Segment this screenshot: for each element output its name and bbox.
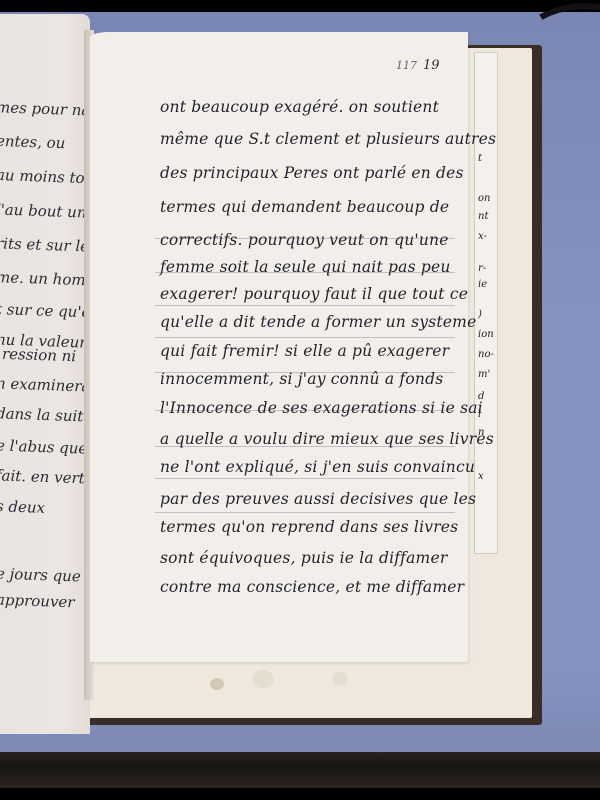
- manuscript-line: termes qui demandent beaucoup de: [160, 198, 449, 216]
- left-line: entes, ou: [0, 132, 66, 152]
- manuscript-line: femme soit la seule qui nait pas peu: [160, 258, 451, 276]
- left-line: ression ni: [2, 345, 77, 366]
- left-line: s deux: [0, 497, 45, 517]
- left-line: fait. en vertu: [0, 466, 95, 487]
- table-edge: [0, 752, 600, 788]
- inserted-slip: t on nt x- r- ie ) ion no- m' d l n x: [474, 52, 498, 554]
- manuscript-line: des principaux Peres ont parlé en des: [160, 164, 464, 182]
- left-line: approuver: [0, 591, 75, 612]
- ink-folio: 19: [423, 58, 440, 73]
- manuscript-line: innocemment, si j'ay connû a fonds: [160, 370, 443, 388]
- left-line: j'au bout un: [0, 200, 87, 221]
- left-line: dans la suite: [0, 404, 93, 425]
- manuscript-line: même que S.t clement et plusieurs autres: [160, 130, 496, 148]
- manuscript-line: termes qu'on reprend dans ses livres: [160, 518, 458, 536]
- manuscript-line: l'Innocence de ses exagerations si ie sa…: [160, 399, 483, 417]
- pencil-folio: 117: [396, 59, 417, 72]
- folio-number: 11719: [396, 58, 440, 73]
- manuscript-line: correctifs. pourquoy veut on qu'une: [160, 231, 449, 249]
- manuscript-line: par des preuves aussi decisives que les: [160, 490, 476, 508]
- left-line: n examinerai: [0, 374, 95, 395]
- left-line: e jours que: [0, 565, 81, 586]
- manuscript-line: ont beaucoup exagéré. on soutient: [160, 98, 439, 116]
- manuscript-line: qu'elle a dit tende a former un systeme: [160, 313, 476, 331]
- manuscript-line: qui fait fremir! si elle a pû exagerer: [160, 342, 449, 360]
- manuscript-line: contre ma conscience, et me diffamer: [160, 578, 464, 596]
- left-line: e l'abus que: [0, 436, 88, 457]
- left-line: rits et sur les: [0, 234, 97, 256]
- manuscript-line: sont équivoques, puis ie la diffamer: [160, 549, 447, 567]
- left-page: mes pour nau entes, ou au moins tolere j…: [0, 14, 90, 734]
- bottom-black-bar: [0, 788, 600, 800]
- manuscript-line: exagerer! pourquoy faut il que tout ce: [160, 285, 468, 303]
- top-black-bar: [0, 0, 600, 12]
- manuscript-line: ne l'ont expliqué, si j'en suis convainc…: [160, 458, 475, 476]
- manuscript-line: a quelle a voulu dire mieux que ses livr…: [160, 430, 494, 448]
